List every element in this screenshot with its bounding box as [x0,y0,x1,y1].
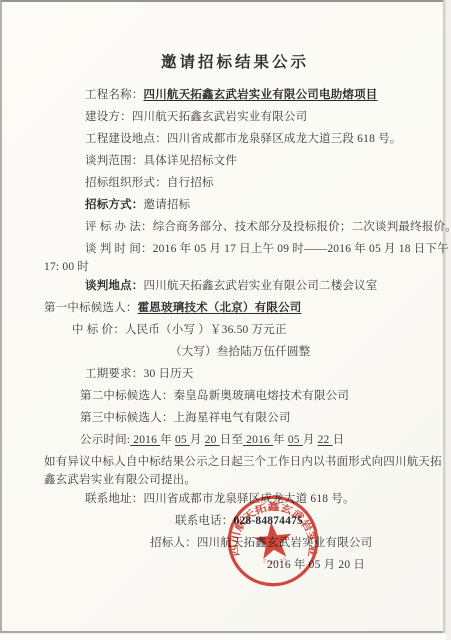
field-value: 四川省成都市龙泉驿区成龙大道三段 618 号。 [167,133,402,145]
field-label: 第二中标候选人： [80,390,174,402]
signature-date: 2016 年 05 月 20 日 [44,554,426,576]
field-value: 2016 年 05 月 17 日上午 09 时——2016 年 05 月 18 … [153,243,449,255]
document-body: 邀请招标结果公示 工程名称：四川航天拓鑫玄武岩实业有限公司电助熔项目 建设方：四… [44,50,426,576]
field-value: 自行招标 [167,177,214,189]
publicity-date-segment: 20 [205,434,220,446]
publicity-date-segment: 月 [303,434,318,446]
field-value: 四川航天拓鑫玄武岩实业有限公司 [132,111,308,123]
field-nego-place: 谈判地点：四川航天拓鑫玄武岩实业有限公司二楼会议室 [44,275,426,297]
publicity-date-segment: 日 [333,434,345,446]
publicity-date-segment: 05 [288,434,303,446]
field-site: 工程建设地点：四川省成都市龙泉驿区成龙大道三段 618 号。 [44,128,426,150]
field-label: 第三中标候选人： [80,412,174,424]
field-winner3: 第三中标候选人：上海星祥电气有限公司 [44,407,426,429]
field-label: 谈判范围： [85,155,144,167]
paragraph-text: 鑫玄武岩实业有限公司提出。 [44,474,196,486]
scan-right-margin [446,0,451,640]
field-value: 人民币（小写 ）￥36.50 万元正 [125,324,287,336]
field-project-name: 工程名称：四川航天拓鑫玄武岩实业有限公司电助熔项目 [44,84,426,106]
field-contact-address: 联系地址：四川省成都市龙泉驿区成龙大道 618 号。 [44,488,426,510]
field-builder: 建设方：四川航天拓鑫玄武岩实业有限公司 [44,106,426,128]
field-value: 综合商务部分、技术部分及投标报价；二次谈判最终报价。 [153,221,451,233]
field-label: 工程名称： [85,89,144,101]
field-nego-time: 谈 判 时 间：2016 年 05 月 17 日上午 09 时——2016 年 … [44,238,426,260]
field-label: 招标方式： [85,199,144,211]
publicity-date-segment: 月 [190,434,205,446]
objection-paragraph-line2: 鑫玄武岩实业有限公司提出。 [44,473,426,488]
publicity-date-segment: 22 [318,434,333,446]
publicity-date-segment: 2016 [243,434,273,446]
field-value: 17: 00 时 [44,261,89,273]
field-label: 工程建设地点： [85,133,167,145]
field-value: 霍恩玻璃技术（北京）有限公司 [138,302,302,314]
field-value: 四川航天拓鑫玄武岩实业有限公司二楼会议室 [144,280,378,292]
publicity-date-segment: 年 [160,434,175,446]
field-scope: 谈判范围：具体详见招标文件 [44,150,426,172]
field-price: 中 标 价：人民币（小写 ）￥36.50 万元正 [44,319,426,341]
field-value: 四川航天拓鑫玄武岩实业有限公司 [197,537,373,549]
field-label: 联系地址： [85,493,144,505]
field-nego-time-continuation: 17: 00 时 [44,260,426,275]
field-label: 谈判地点： [85,280,144,292]
field-org-form: 招标组织形式：自行招标 [44,172,426,194]
document-title: 邀请招标结果公示 [44,50,426,76]
field-label: 联系电话： [175,515,234,527]
field-value: 028-84874475 [234,515,303,527]
field-contact-phone: 联系电话：028-84874475 [44,510,426,532]
field-label: 谈 判 时 间： [85,243,153,255]
field-duration: 工期要求：30 日历天 [44,363,426,385]
field-label: 招标人： [150,537,197,549]
field-winner1: 第一中标候选人：霍恩玻璃技术（北京）有限公司 [44,297,426,319]
field-value: 四川省成都市龙泉驿区成龙大道 618 号。 [144,493,355,505]
publicity-date-segment: 年 [273,434,288,446]
publicity-date-segment: 05 [175,434,190,446]
field-value: 30 日历天 [144,368,194,380]
field-label: 第一中标候选人： [44,302,138,314]
field-tenderee: 招标人：四川航天拓鑫玄武岩实业有限公司 [44,532,426,554]
field-label: 建设方： [85,111,132,123]
paragraph-text: 如有异议中标人自中标结果公示之日起三个工作日内以书面形式向四川航天拓 [44,456,442,468]
field-label: 工期要求： [85,368,144,380]
field-value: （大写）叁拾陆万伍仟圆整 [170,346,310,358]
date-text: 2016 年 05 月 20 日 [267,559,365,571]
field-value: 邀请招标 [144,199,191,211]
field-price-caps: （大写）叁拾陆万伍仟圆整 [44,341,426,363]
publicity-date-segment: 2016 [130,434,160,446]
publicity-date-segments: 2016 年 05 月 20 日至 2016 年 05 月 22 日 [130,434,344,446]
field-evaluation: 评 标 办 法：综合商务部分、技术部分及投标报价；二次谈判最终报价。 [44,216,426,238]
field-label: 招标组织形式： [85,177,167,189]
scan-bottom-margin [0,635,451,640]
field-winner2: 第二中标候选人：秦皇岛新奥玻璃电熔技术有限公司 [44,385,426,407]
field-value: 四川航天拓鑫玄武岩实业有限公司电助熔项目 [144,89,378,101]
field-label: 中 标 价： [72,324,125,336]
field-method: 招标方式：邀请招标 [44,194,426,216]
publicity-date-segment: 日至 [220,434,243,446]
field-label: 评 标 办 法： [85,221,153,233]
field-value: 上海星祥电气有限公司 [174,412,291,424]
field-label: 公示时间: [80,434,130,446]
field-value: 具体详见招标文件 [144,155,238,167]
field-value: 秦皇岛新奥玻璃电熔技术有限公司 [174,390,350,402]
scanned-document: 邀请招标结果公示 工程名称：四川航天拓鑫玄武岩实业有限公司电助熔项目 建设方：四… [0,0,451,640]
field-publicity-period: 公示时间: 2016 年 05 月 20 日至 2016 年 05 月 22 日 [44,429,426,451]
objection-paragraph-line1: 如有异议中标人自中标结果公示之日起三个工作日内以书面形式向四川航天拓 [44,451,426,473]
